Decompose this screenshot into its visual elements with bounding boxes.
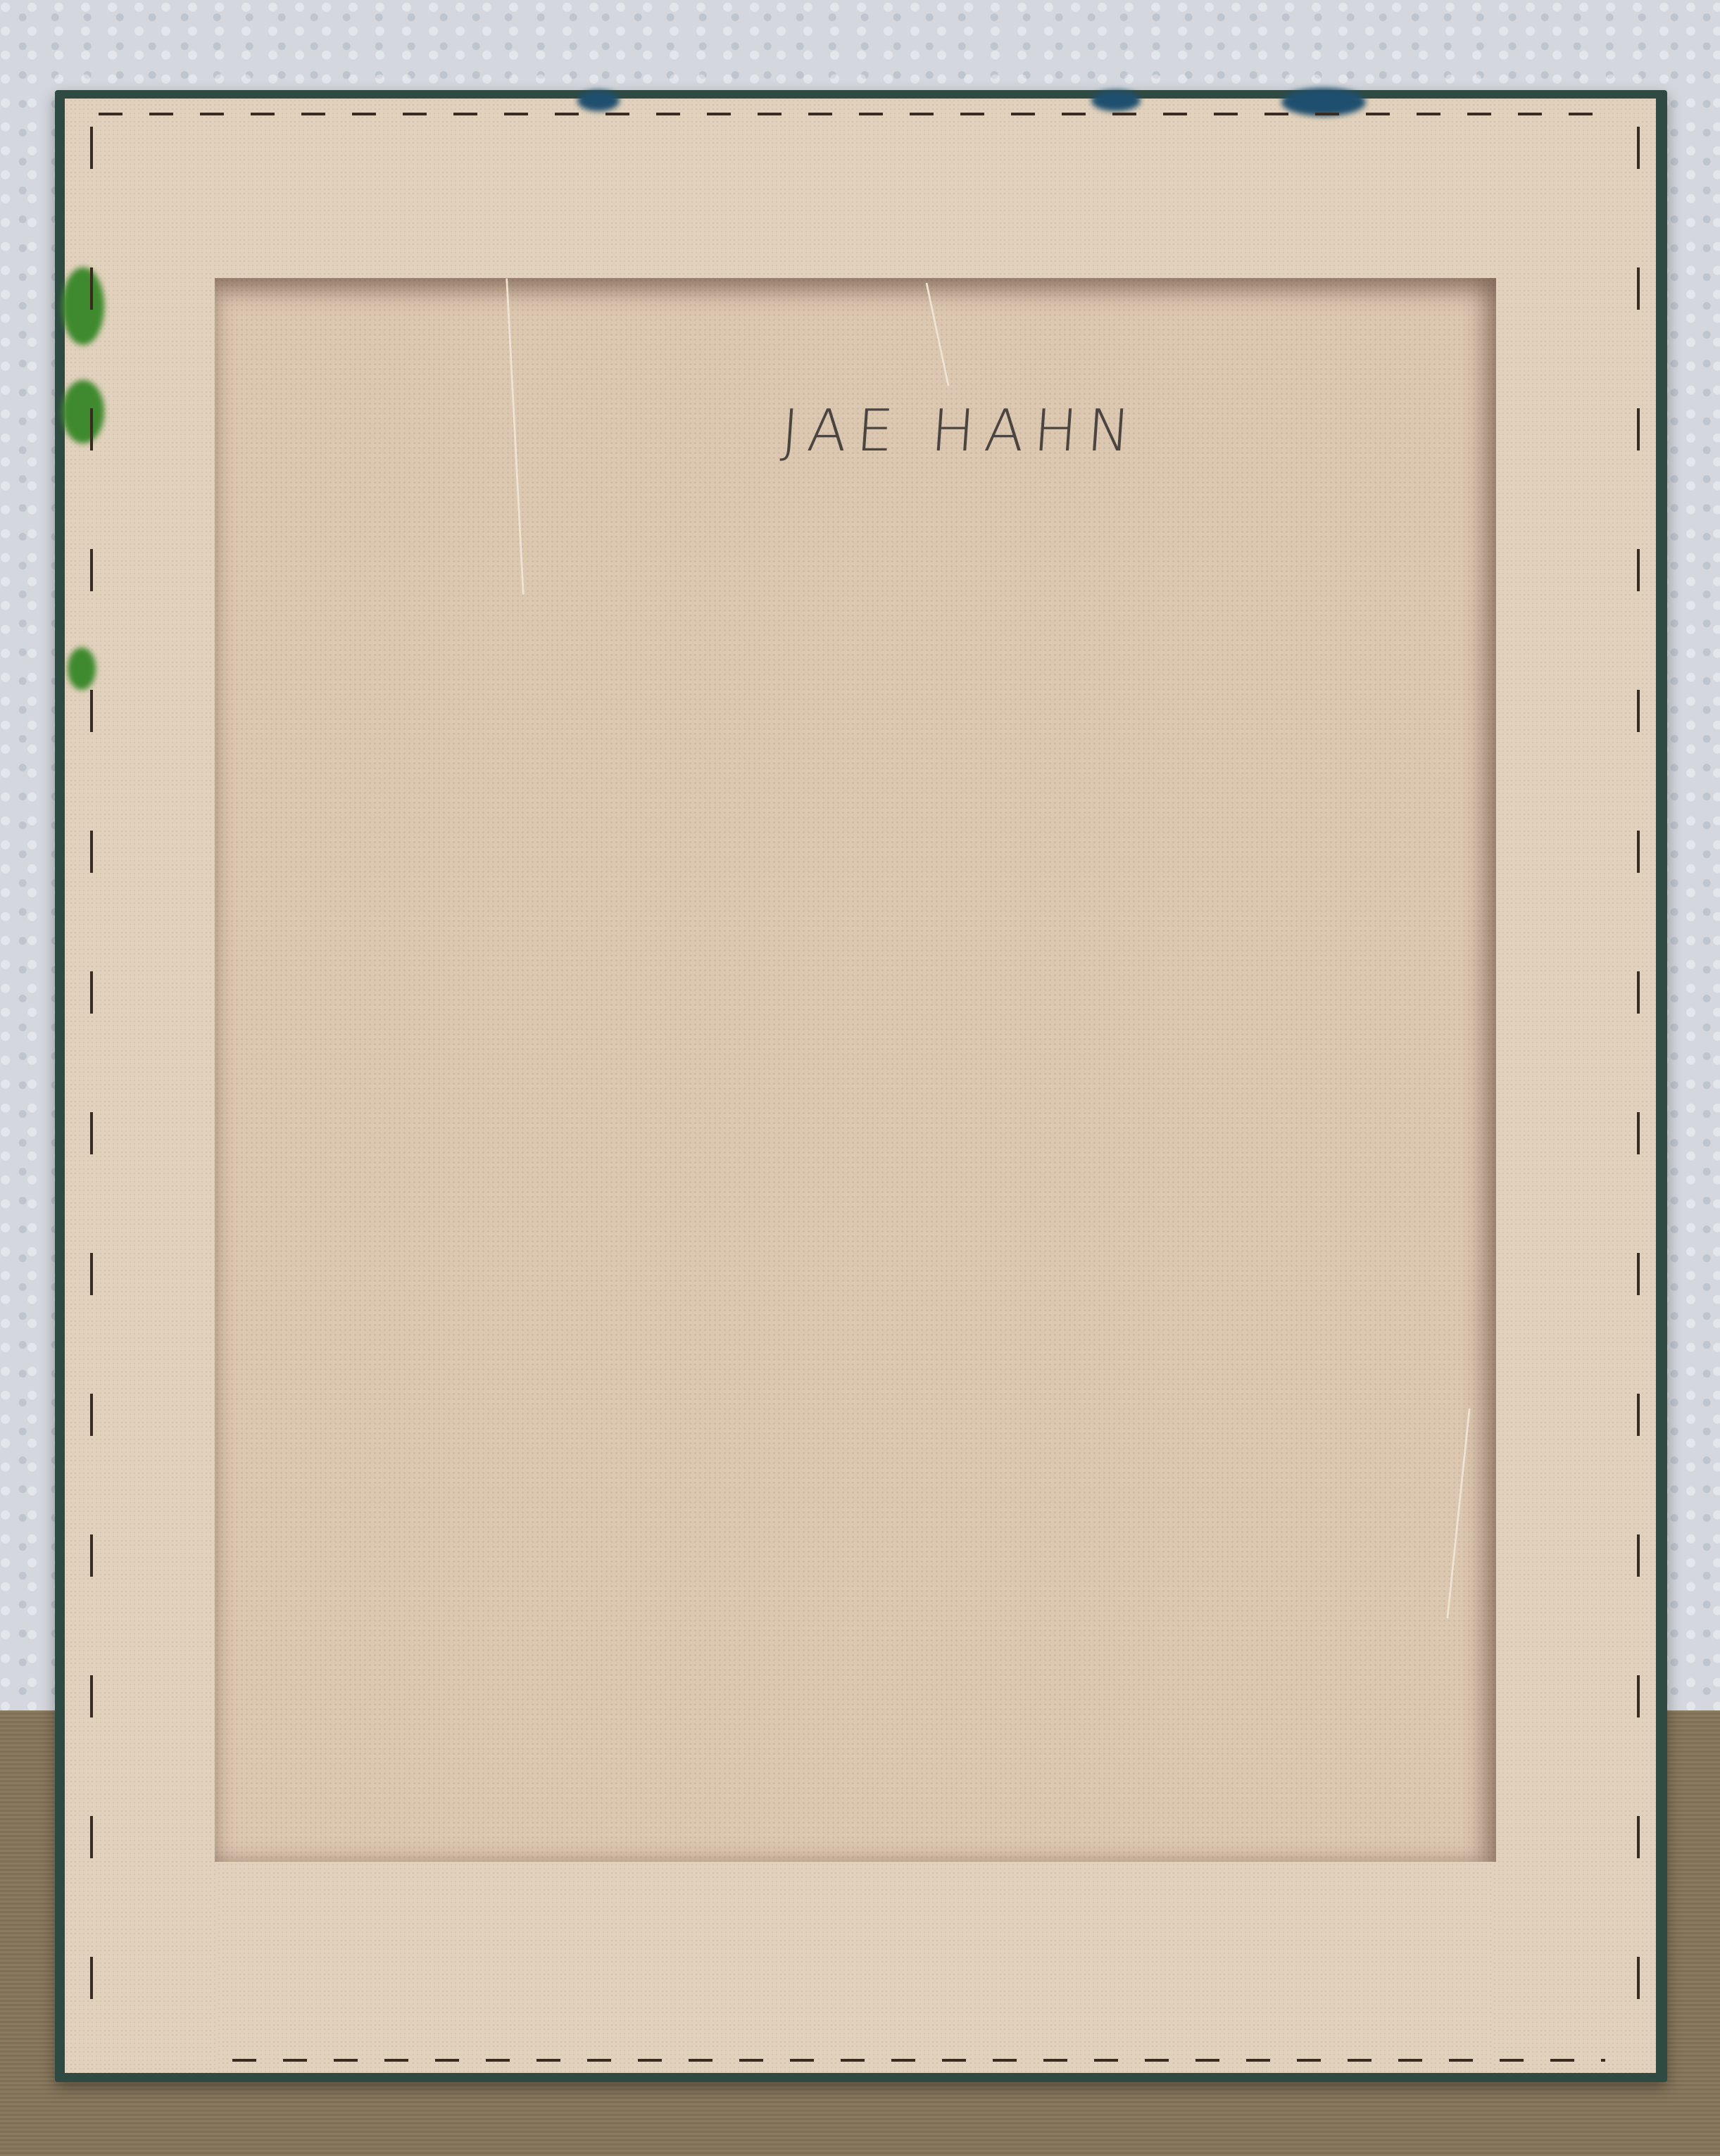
paint-spot-blue bbox=[1091, 90, 1141, 111]
paint-spot-green bbox=[62, 380, 104, 443]
canvas-fold-bottom bbox=[65, 1858, 1656, 2073]
staples-bottom bbox=[232, 2059, 1605, 2062]
artist-signature: JAE HAHN bbox=[779, 398, 1143, 465]
paint-spot-green bbox=[62, 267, 104, 345]
canvas-fold-top bbox=[65, 99, 1656, 282]
staples-top bbox=[99, 113, 1619, 115]
paint-spot-blue bbox=[577, 90, 620, 111]
canvas-fold-right bbox=[1493, 99, 1656, 2073]
paint-spot-blue bbox=[1281, 88, 1366, 116]
staples-left bbox=[90, 127, 93, 2041]
canvas-back-panel bbox=[215, 278, 1496, 1862]
staples-right bbox=[1637, 127, 1640, 2041]
